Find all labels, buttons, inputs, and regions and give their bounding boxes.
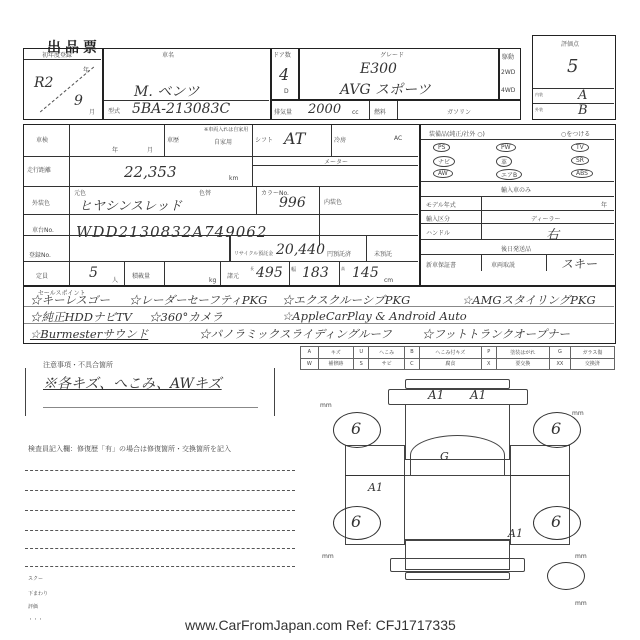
equipment-aw: AW xyxy=(433,169,453,178)
legend-code: S xyxy=(354,358,369,370)
month-unit: 月 xyxy=(89,107,95,116)
sales-point-item: ☆パノラミックスライディングルーフ xyxy=(199,326,392,342)
legend-code: W xyxy=(301,358,319,370)
color-change-label: 色替 xyxy=(199,188,211,197)
bottom-label: 評価 xyxy=(28,603,38,610)
inspection-year-unit: 年 xyxy=(112,145,118,154)
legend-desc: へこみ付キズ xyxy=(419,347,481,359)
car-name-label: 車名 xyxy=(162,50,174,59)
import-type-label: 輸入区分 xyxy=(426,214,450,223)
legend-desc: 交換済 xyxy=(570,358,614,370)
grade-line2: AVG スポーツ xyxy=(340,79,431,99)
ac-label: 冷房 xyxy=(334,135,346,144)
import-type-value: ディーラー xyxy=(531,214,561,223)
mm-label: mm xyxy=(575,600,587,607)
doors-unit: D xyxy=(284,88,289,95)
tire-front-right: 6 xyxy=(533,412,581,448)
height-value: 145 xyxy=(352,265,379,281)
exterior-grade: B xyxy=(578,103,588,118)
width-value: 183 xyxy=(302,265,329,281)
width-label: 幅 xyxy=(291,266,296,273)
displacement-unit: cc xyxy=(352,109,359,116)
mm-label: mm xyxy=(322,553,334,560)
model-year-unit: 年 xyxy=(601,200,607,209)
front-grille-outline xyxy=(388,389,528,405)
model-year-label: モデル年式 xyxy=(426,200,456,209)
bottom-label: スクー xyxy=(28,575,43,582)
evaluation-label: 評価点 xyxy=(561,39,579,48)
equipment-sr: SR xyxy=(571,156,589,165)
bottom-label: 下まわり xyxy=(28,590,48,597)
first-registration-month: 9 xyxy=(74,93,83,109)
tire-tread-value: 6 xyxy=(351,512,361,531)
equipment-leather: 革 xyxy=(496,156,512,167)
model-code-label: 型式 xyxy=(108,106,120,115)
tire-rear-right: 6 xyxy=(533,506,581,540)
legend-desc: 補修跡 xyxy=(318,358,353,370)
mm-label: mm xyxy=(575,553,587,560)
legend-desc: ガラス傷 xyxy=(570,347,614,359)
equipment-abs: ABS xyxy=(571,169,593,178)
legend-code: P xyxy=(481,347,496,359)
front-bumper-outline xyxy=(405,379,510,389)
legend-code: A xyxy=(301,347,319,359)
equipment-navi: ナビ xyxy=(433,156,455,167)
rear-bumper-outline xyxy=(390,558,525,572)
sales-point-item: ☆Burmesterサウンド xyxy=(30,326,148,342)
recycle-label: リサイクル預託金 xyxy=(234,250,273,257)
vehicle-info-grid: 車検 年 月 車歴 ※車両入れは自家用 自家用 シフト AT 冷房 AC 走行距… xyxy=(23,124,420,286)
doors-label: ドア数 xyxy=(273,50,291,59)
legend-desc: キズ xyxy=(318,347,353,359)
capacity-label: 定員 xyxy=(36,271,48,280)
tire-tread-value: 6 xyxy=(551,419,561,438)
exterior-color-value: ヒヤシンスレッド xyxy=(79,195,182,214)
capacity-value: 5 xyxy=(89,265,98,281)
legend-code: C xyxy=(404,358,419,370)
legend-desc: 塗装はがれ xyxy=(496,347,549,359)
legend-code: XX xyxy=(549,358,570,370)
equipment-pw: PW xyxy=(496,143,516,152)
spare-tire xyxy=(547,562,585,590)
evaluation-cell: 評価点 5 内装 A 外装 B xyxy=(532,35,616,120)
equipment-airbag: エアB xyxy=(496,169,522,180)
chassis-value: WDD2130832A749062 xyxy=(76,223,267,241)
tire-rear-left: 6 xyxy=(333,506,381,540)
legend-desc: 腐食 xyxy=(419,358,481,370)
interior-grade: A xyxy=(578,88,587,103)
shift-label: シフト xyxy=(255,135,273,144)
damage-legend-table: A キズ U へこみ B へこみ付キズ P 塗装はがれ G ガラス傷 W 補修跡… xyxy=(300,346,615,370)
dimension-unit: cm xyxy=(384,277,393,284)
mm-label: mm xyxy=(572,410,584,417)
doors-cell: ドア数 4 D xyxy=(271,48,299,100)
equipment-tv: TV xyxy=(571,143,589,152)
displacement-fuel-row: 排気量 2000 cc 燃料 ガソリン xyxy=(271,100,521,120)
legend-code: U xyxy=(354,347,369,359)
shift-value: AT xyxy=(284,129,305,148)
exterior-color-label: 外装色 xyxy=(32,198,50,207)
handle-value: 右 xyxy=(546,224,559,243)
doors-value: 4 xyxy=(279,65,289,84)
fuel-value: ガソリン xyxy=(447,107,471,116)
inspection-label: 車検 xyxy=(36,135,48,144)
first-registration-label: 初年度登録 xyxy=(42,50,72,59)
displacement-value: 2000 xyxy=(308,102,341,117)
bottom-label: ・・・ xyxy=(28,616,43,623)
mm-label: mm xyxy=(320,402,332,409)
evaluation-score: 5 xyxy=(567,56,578,77)
grade-line1: E300 xyxy=(360,61,397,77)
inspector-notes-label: 検査員記入欄：修復歴「有」の場合は修復箇所・交換箇所を記入 xyxy=(28,444,231,454)
displacement-label: 排気量 xyxy=(274,107,292,116)
legend-code: X xyxy=(481,358,496,370)
tire-tread-value: 6 xyxy=(351,419,361,438)
interior-grade-label: 内装 xyxy=(535,92,543,98)
grade-label: グレード xyxy=(380,50,404,59)
history-note: ※車両入れは自家用 xyxy=(204,126,248,133)
roof-outline xyxy=(405,475,510,540)
legend-desc: 要交換 xyxy=(496,358,549,370)
later-shipment-label: 後日発送品 xyxy=(501,244,531,253)
load-unit: kg xyxy=(209,277,216,284)
height-label: 高 xyxy=(341,266,345,272)
fuel-label: 燃料 xyxy=(374,107,386,116)
drive-4wd: 4WD xyxy=(501,87,515,94)
notes-value: ※各キズ、へこみ、AWキズ xyxy=(43,373,222,393)
capacity-unit: 人 xyxy=(112,275,118,284)
equipment-panel: 装備品(純正/社外 ○) ○をつける PS PW TV ナビ 革 SR AW エ… xyxy=(420,124,616,286)
equipment-hint: ○をつける xyxy=(561,129,590,138)
front-damage-mark: A1 xyxy=(428,388,444,402)
recycle-unpaid: 未預託 xyxy=(374,249,392,258)
length-label: 長 xyxy=(250,266,254,272)
recycle-value: 20,440 xyxy=(276,242,325,258)
registration-no-label: 登録No. xyxy=(29,250,51,259)
legend-desc: サビ xyxy=(369,358,404,370)
drive-label: 駆動 xyxy=(502,52,514,61)
legend-code: B xyxy=(404,347,419,359)
car-name-value: M. ベンツ xyxy=(134,81,199,101)
manual-label: 車両取説 xyxy=(491,260,515,269)
mileage-label: 走行距離 xyxy=(27,165,51,174)
ac-value: AC xyxy=(394,135,402,142)
import-only-label: 輸入車のみ xyxy=(501,185,531,194)
rear-damage-mark: A1 xyxy=(508,527,523,540)
history-value: 自家用 xyxy=(214,137,232,146)
legend-desc: へこみ xyxy=(369,347,404,359)
recycle-status: 円預託済 xyxy=(327,249,351,258)
legend-code: G xyxy=(549,347,570,359)
windshield-outline xyxy=(410,435,505,475)
first-registration-era-year: R2 xyxy=(34,75,53,91)
front-damage-mark: A1 xyxy=(470,388,486,402)
handle-label: ハンドル xyxy=(426,228,450,237)
first-registration-cell: 初年度登録 R2 年 9 月 xyxy=(23,48,103,120)
history-label: 車歴 xyxy=(167,135,179,144)
later-shipment-value: スキー xyxy=(561,255,597,272)
drive-cell: 駆動 2WD 4WD xyxy=(499,48,521,100)
length-value: 495 xyxy=(256,265,283,281)
grade-cell: グレード E300 AVG スポーツ xyxy=(299,48,499,100)
car-name-cell: 車名 M. ベンツ 型式 5BA-213083C xyxy=(103,48,271,120)
tire-tread-value: 6 xyxy=(551,512,561,531)
chassis-label: 車台No. xyxy=(32,225,54,234)
dimensions-label: 諸元 xyxy=(227,271,239,280)
drive-2wd: 2WD xyxy=(501,69,515,76)
mileage-unit: km xyxy=(229,175,238,182)
rear-step-outline xyxy=(405,572,510,580)
windshield-mark: G xyxy=(440,450,449,463)
sales-points-box: セールスポイント ☆キーレスゴー ☆レーダーセーフティPKG ☆エクスクルーシブ… xyxy=(23,286,616,344)
interior-color-label: 内装色 xyxy=(324,197,342,206)
sales-point-item: ☆AppleCarPlay & Android Auto xyxy=(282,309,467,323)
warranty-label: 新車保証書 xyxy=(426,260,456,269)
tire-front-left: 6 xyxy=(333,412,381,448)
left-side-damage-mark: A1 xyxy=(368,481,383,494)
inspection-month-unit: 月 xyxy=(147,145,153,154)
color-no-value: 996 xyxy=(279,195,306,211)
load-label: 積載量 xyxy=(132,271,150,280)
model-code-value: 5BA-213083C xyxy=(132,101,230,117)
exterior-grade-label: 外装 xyxy=(535,107,543,113)
footer-reference: www.CarFromJapan.com Ref: CFJ1717335 xyxy=(185,617,456,633)
equipment-label: 装備品(純正/社外 ○) xyxy=(429,129,485,138)
equipment-ps: PS xyxy=(433,143,450,152)
sales-point-item: ☆フットトランクオープナー xyxy=(422,326,570,342)
mileage-value: 22,353 xyxy=(124,163,177,181)
